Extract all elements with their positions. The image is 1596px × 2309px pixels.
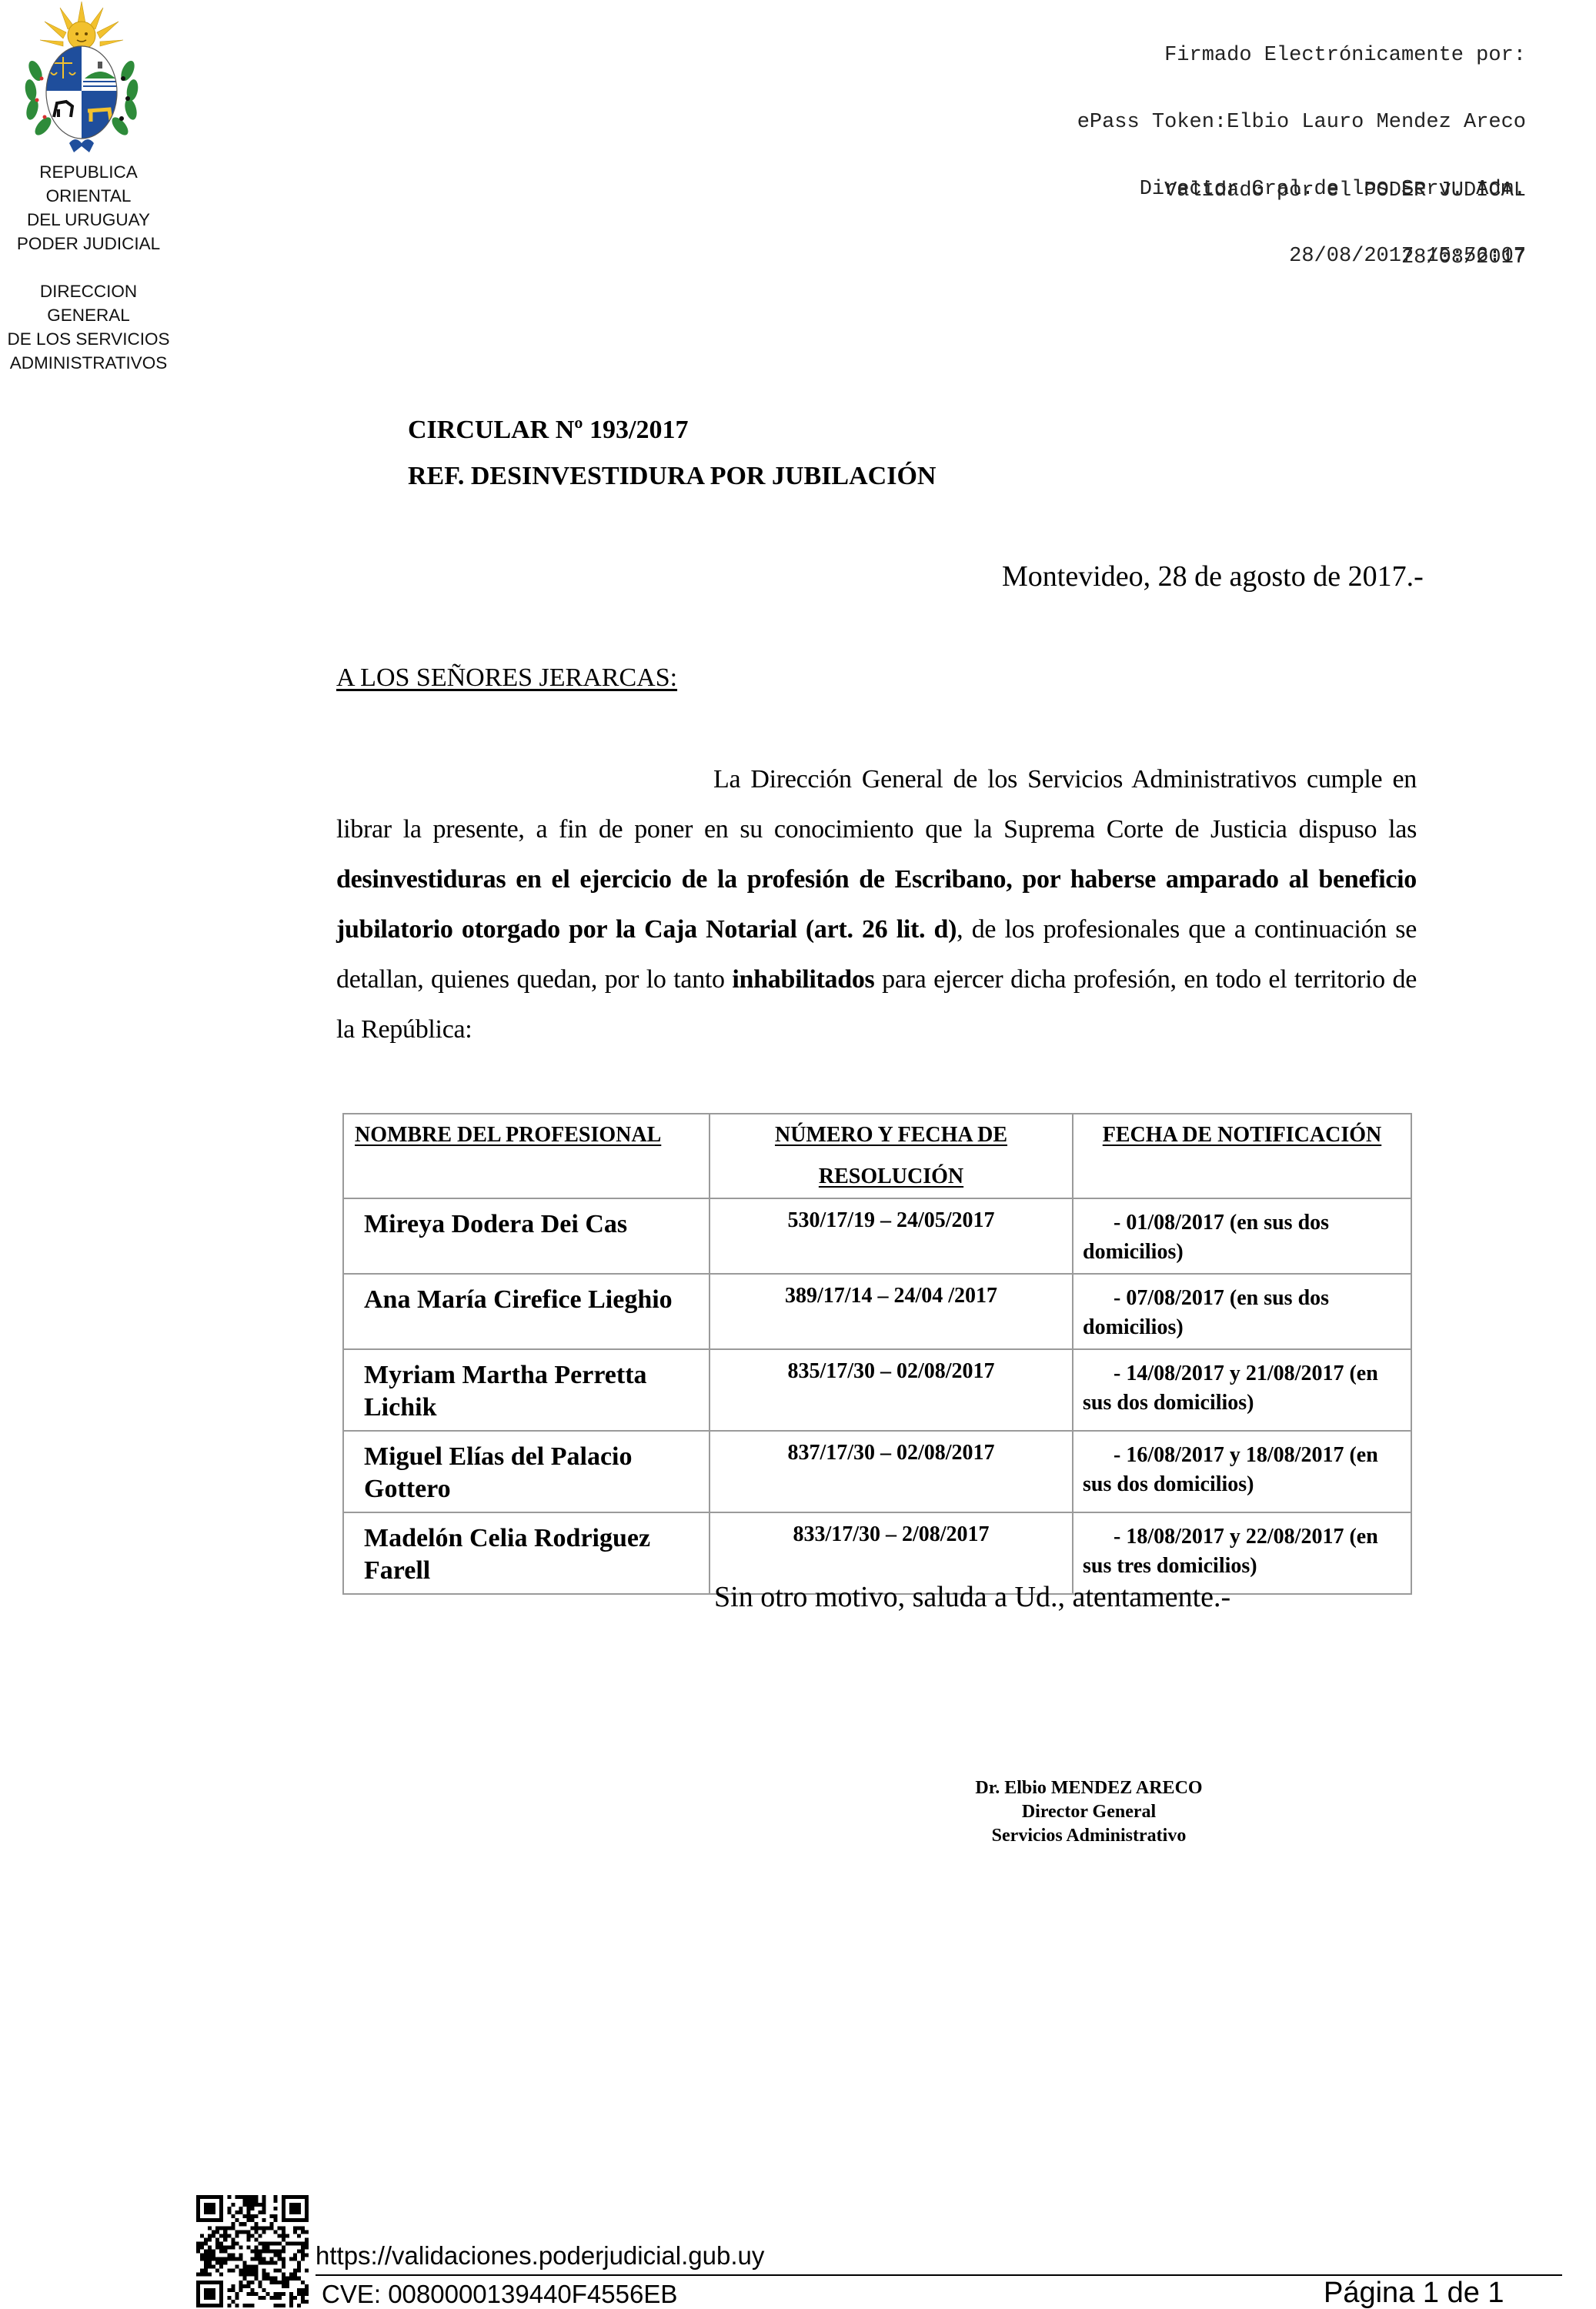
validation-date: 28/08/2017 <box>1164 247 1526 269</box>
column-header-name: NOMBRE DEL PROFESIONAL <box>343 1114 710 1198</box>
professional-name-cell: Miguel Elías del Palacio Gottero <box>343 1431 710 1512</box>
table-row: Ana María Cirefice Lieghio389/17/14 – 24… <box>343 1274 1411 1349</box>
notification-cell: - 01/08/2017 (en sus dos domicilios) <box>1073 1198 1411 1274</box>
professional-name-cell: Myriam Martha Perretta Lichik <box>343 1349 710 1431</box>
column-header-resolution-line: RESOLUCIÓN <box>819 1165 963 1188</box>
table-row: Mireya Dodera Dei Cas530/17/19 – 24/05/2… <box>343 1198 1411 1274</box>
body-paragraph: La Dirección General de los Servicios Ad… <box>336 754 1417 1054</box>
institution-line: PODER JUDICIAL <box>0 232 177 256</box>
resolution-cell: 837/17/30 – 02/08/2017 <box>710 1431 1073 1512</box>
table-row: Myriam Martha Perretta Lichik835/17/30 –… <box>343 1349 1411 1431</box>
body-text: La Dirección General de los Servicios Ad… <box>336 765 1417 844</box>
institution-name: REPUBLICA ORIENTAL DEL URUGUAY PODER JUD… <box>0 160 177 375</box>
department-line: DIRECCION GENERAL <box>0 279 177 327</box>
signature-line: Firmado Electrónicamente por: <box>1077 45 1526 67</box>
qr-code-icon <box>196 2195 309 2307</box>
page-number: Página 1 de 1 <box>1324 2277 1504 2309</box>
notification-text: - 16/08/2017 y 18/08/2017 (en sus dos do… <box>1083 1443 1378 1496</box>
department-line: DE LOS SERVICIOS <box>0 327 177 351</box>
column-header-resolution-line: NÚMERO Y FECHA DE <box>775 1123 1007 1147</box>
validation-stamp: Validado por el PODER JUDICAL 28/08/2017 <box>1164 135 1526 292</box>
reference-subject: REF. DESINVESTIDURA POR JUBILACIÓN <box>408 462 936 491</box>
validation-line: Validado por el PODER JUDICAL <box>1164 180 1526 202</box>
institution-line: DEL URUGUAY <box>0 208 177 232</box>
validation-url-link[interactable]: https://validaciones.poderjudicial.gub.u… <box>316 2241 764 2271</box>
body-text-bold: inhabilitados <box>732 965 874 994</box>
table-header-row: NOMBRE DEL PROFESIONAL NÚMERO Y FECHA DE… <box>343 1114 1411 1198</box>
notification-cell: - 07/08/2017 (en sus dos domicilios) <box>1073 1274 1411 1349</box>
table-row: Miguel Elías del Palacio Gottero837/17/3… <box>343 1431 1411 1512</box>
notification-text: - 14/08/2017 y 21/08/2017 (en sus dos do… <box>1083 1362 1378 1415</box>
salutation: A LOS SEÑORES JERARCAS: <box>336 663 677 693</box>
signature-line: ePass Token:Elbio Lauro Mendez Areco <box>1077 112 1526 134</box>
verification-code: CVE: 0080000139440F4556EB <box>322 2280 677 2309</box>
notification-text: - 07/08/2017 (en sus dos domicilios) <box>1083 1286 1329 1339</box>
coat-of-arms-icon <box>14 2 149 155</box>
signatory-block: Dr. Elbio MENDEZ ARECO Director General … <box>908 1776 1270 1848</box>
footer-divider <box>316 2274 1562 2276</box>
professional-name-cell: Ana María Cirefice Lieghio <box>343 1274 710 1349</box>
dateline: Montevideo, 28 de agosto de 2017.- <box>1002 560 1424 593</box>
closing-remark: Sin otro motivo, saluda a Ud., atentamen… <box>714 1581 1230 1613</box>
resolution-cell: 389/17/14 – 24/04 /2017 <box>710 1274 1073 1349</box>
department-line: ADMINISTRATIVOS <box>0 351 177 375</box>
signatory-title: Director General <box>908 1800 1270 1824</box>
column-header-resolution: NÚMERO Y FECHA DERESOLUCIÓN <box>710 1114 1073 1198</box>
resolutions-table: NOMBRE DEL PROFESIONAL NÚMERO Y FECHA DE… <box>342 1113 1412 1595</box>
notification-text: - 18/08/2017 y 22/08/2017 (en sus tres d… <box>1083 1525 1378 1578</box>
professional-name-cell: Madelón Celia Rodriguez Farell <box>343 1512 710 1594</box>
column-header-notification: FECHA DE NOTIFICACIÓN <box>1073 1114 1411 1198</box>
signatory-name: Dr. Elbio MENDEZ ARECO <box>908 1776 1270 1800</box>
professional-name-cell: Mireya Dodera Dei Cas <box>343 1198 710 1274</box>
table-body: Mireya Dodera Dei Cas530/17/19 – 24/05/2… <box>343 1198 1411 1594</box>
resolution-cell: 835/17/30 – 02/08/2017 <box>710 1349 1073 1431</box>
notification-cell: - 14/08/2017 y 21/08/2017 (en sus dos do… <box>1073 1349 1411 1431</box>
institution-line: REPUBLICA ORIENTAL <box>0 160 177 208</box>
circular-number: CIRCULAR Nº 193/2017 <box>408 416 688 445</box>
signatory-office: Servicios Administrativo <box>908 1824 1270 1848</box>
notification-text: - 01/08/2017 (en sus dos domicilios) <box>1083 1211 1329 1264</box>
notification-cell: - 16/08/2017 y 18/08/2017 (en sus dos do… <box>1073 1431 1411 1512</box>
resolution-cell: 530/17/19 – 24/05/2017 <box>710 1198 1073 1274</box>
